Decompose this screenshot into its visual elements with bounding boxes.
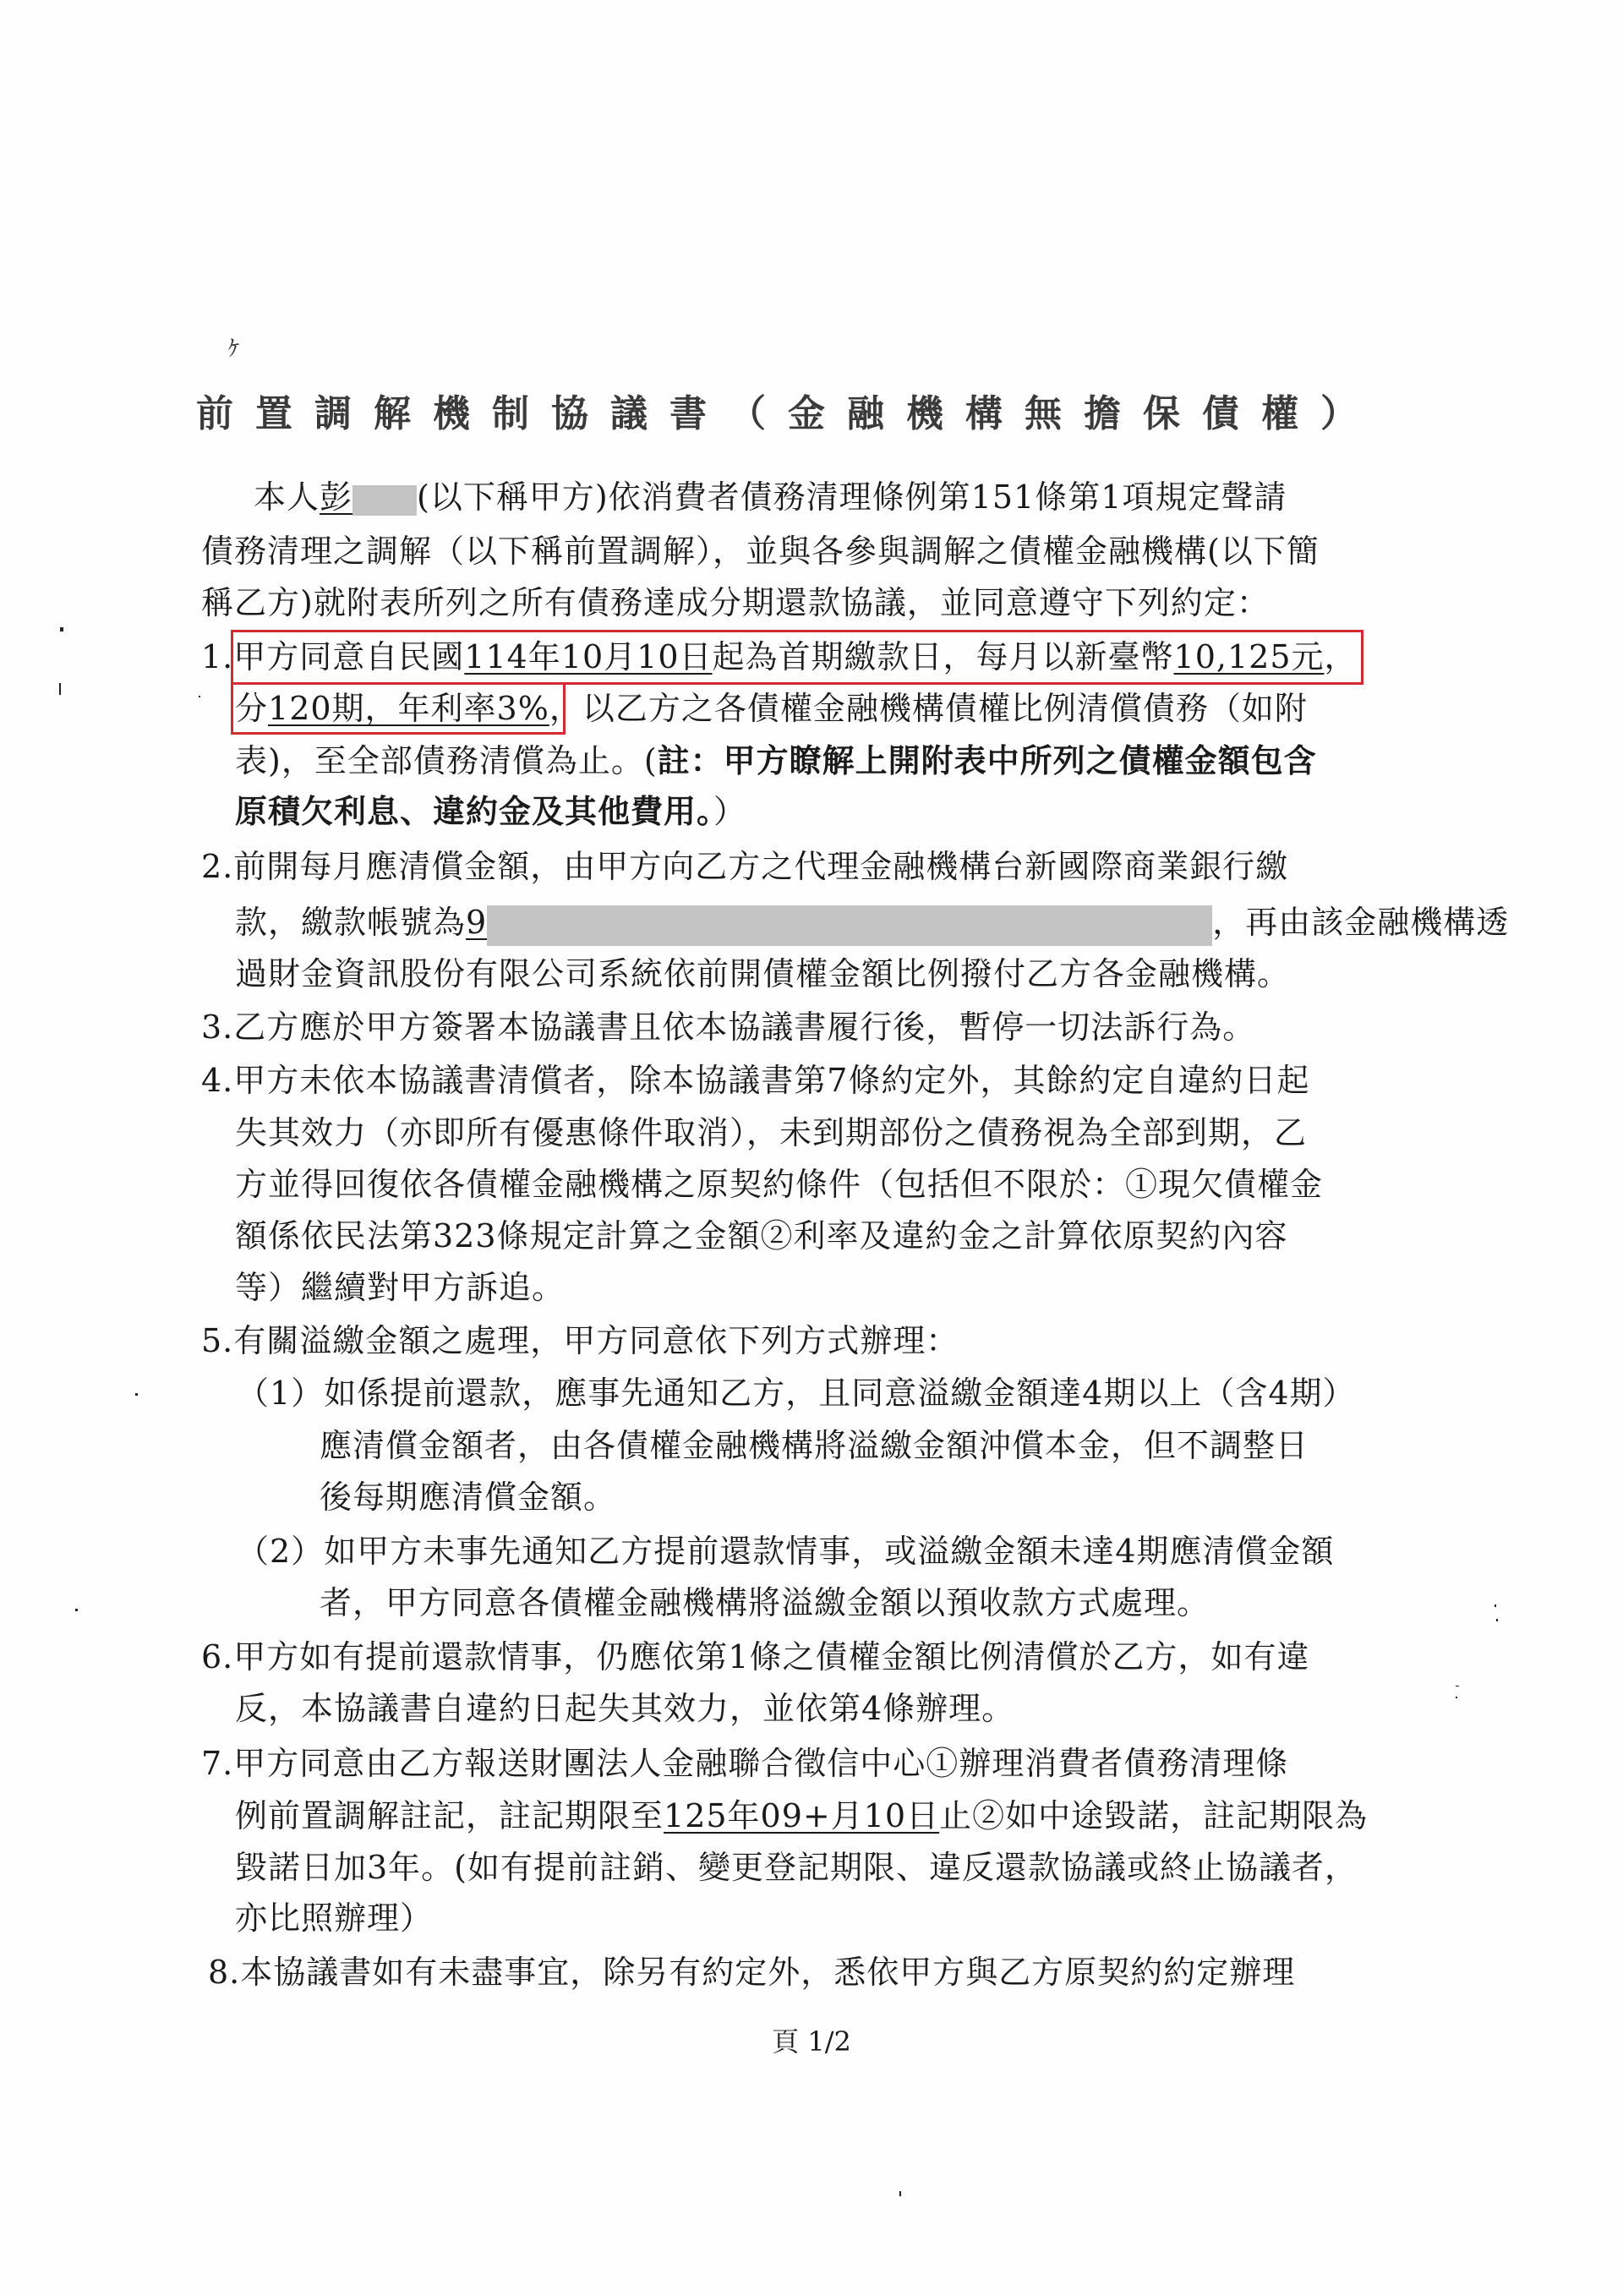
scan-speck <box>1496 1619 1498 1621</box>
item-7-line-4: 亦比照辦理） <box>235 1897 433 1939</box>
item-6-line-1: 6.甲方如有提前還款情事，仍應依第1條之債權金額比例清償於乙方，如有違 <box>201 1636 1309 1678</box>
account-number-prefix: 9 <box>466 904 487 941</box>
redacted-name <box>352 485 417 516</box>
item-3-line-1: 3.乙方應於甲方簽署本協議書且依本協議書履行後，暫停一切法訴行為。 <box>201 1006 1255 1048</box>
page-number: 頁 1/2 <box>0 2025 1623 2058</box>
item-4-line-3: 方並得回復依各債權金融機構之原契約條件（包括但不限於：①現欠債權金 <box>235 1163 1323 1205</box>
scan-speck <box>899 2191 901 2196</box>
intro-line-2: 債務清理之調解（以下稱前置調解），並與各參與調解之債權金融機構(以下簡 <box>201 530 1320 572</box>
item-5-sub-1-line-2: 應清償金額者，由各債權金融機構將溢繳金額沖償本金，但不調整日 <box>320 1424 1309 1467</box>
item-4-line-1: 4.甲方未依本協議書清償者，除本協議書第7條約定外，其餘約定自違約日起 <box>201 1059 1309 1102</box>
item-1-line-4: 原積欠利息、違約金及其他費用。） <box>235 790 746 833</box>
scan-speck <box>60 627 63 631</box>
scan-speck <box>135 1393 138 1396</box>
item-2-line-1: 2.前開每月應清償金額，由甲方向乙方之代理金融機構台新國際商業銀行繳 <box>201 845 1288 888</box>
item-2-line-2: 款，繳款帳號為9，再由該金融機構透 <box>235 901 1509 946</box>
item-2-line-3: 過財金資訊股份有限公司系統依前開債權金額比例撥付乙方各金融機構。 <box>235 953 1290 995</box>
scan-speck <box>59 683 61 695</box>
scan-speck <box>1456 1697 1457 1698</box>
item-7-line-3: 毀諾日加3年。(如有提前註銷、變更登記期限、違反還款協議或終止協議者， <box>235 1846 1358 1889</box>
item-1-note: 註：甲方瞭解上開附表中所列之債權金額包含 <box>658 741 1317 779</box>
highlight-box-periods-rate <box>231 682 566 735</box>
item-5-sub-1-line-3: 後每期應清償金額。 <box>320 1476 616 1518</box>
item-7-line-1: 7.甲方同意由乙方報送財團法人金融聯合徵信中心①辦理消費者債務清理條 <box>201 1742 1288 1785</box>
item-4-line-5: 等）繼續對甲方訴追。 <box>235 1266 565 1309</box>
item-4-line-2: 失其效力（亦即所有優惠條件取消），未到期部份之債務視為全部到期，乙 <box>235 1112 1307 1154</box>
redacted-account-number <box>487 905 1212 946</box>
party-a-name: 彭 <box>320 478 417 516</box>
item-1-line-3: 表)，至全部債務清償為止。(註：甲方瞭解上開附表中所列之債權金額包含 <box>235 740 1317 782</box>
item-8-line-1: 8.本協議書如有未盡事宜，除另有約定外，悉依甲方與乙方原契約約定辦理 <box>208 1951 1295 1993</box>
registration-expiry-date: 125年09+月10日 <box>664 1797 939 1834</box>
item-6-line-2: 反，本協議書自違約日起失其效力，並依第4條辦理。 <box>235 1687 1014 1730</box>
item-4-line-4: 額係依民法第323條規定計算之金額②利率及違約金之計算依原契約內容 <box>235 1215 1288 1257</box>
scan-speck <box>75 1609 78 1611</box>
scan-speck <box>1456 1686 1459 1686</box>
item-5-sub-2-line-2: 者，甲方同意各債權金融機構將溢繳金額以預收款方式處理。 <box>320 1582 1210 1624</box>
intro-line-1: 本人彭(以下稱甲方)依消費者債務清理條例第151條第1項規定聲請 <box>254 476 1287 518</box>
scan-speck <box>199 696 200 697</box>
stray-scan-mark: ｹ <box>228 331 239 363</box>
highlight-box-payment-date-amount <box>231 630 1363 685</box>
item-7-line-2: 例前置調解註記，註記期限至125年09+月10日止②如中途毀諾，註記期限為 <box>235 1795 1368 1837</box>
item-5-sub-1-line-1: （1）如係提前還款，應事先通知乙方，且同意溢繳金額達4期以上（含4期） <box>237 1372 1356 1414</box>
intro-line-3: 稱乙方)就附表所列之所有債務達成分期還款協議，並同意遵守下列約定： <box>201 582 1270 624</box>
document-title: 前置調解機制協議書（金融機構無擔保債權） <box>196 389 1380 440</box>
scanned-document-page: ｹ 前置調解機制協議書（金融機構無擔保債權） 本人彭(以下稱甲方)依消費者債務清… <box>0 0 1623 2296</box>
item-5-sub-2-line-1: （2）如甲方未事先通知乙方提前還款情事，或溢繳金額未達4期應清償金額 <box>237 1530 1334 1572</box>
scan-speck <box>1495 1604 1496 1607</box>
item-5-line-1: 5.有關溢繳金額之處理，甲方同意依下列方式辦理： <box>201 1320 959 1362</box>
